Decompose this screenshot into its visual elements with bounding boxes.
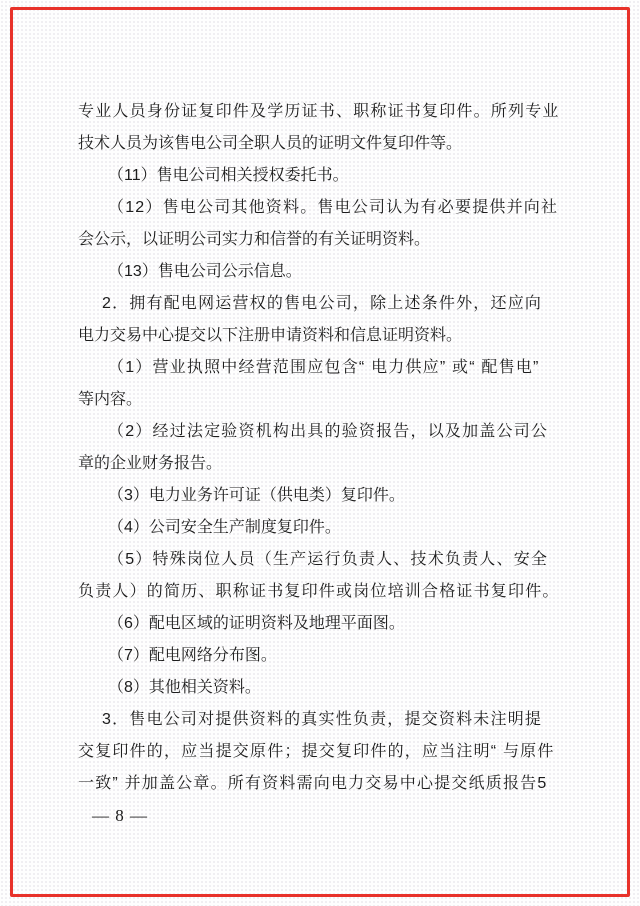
text-line: 专业人员身份证复印件及学历证书、职称证书复印件。所列专业 bbox=[78, 96, 560, 128]
text-line: 2．拥有配电网运营权的售电公司，除上述条件外，还应向 bbox=[78, 288, 560, 320]
text-line: （8）其他相关资料。 bbox=[78, 672, 560, 704]
text-line: （1）营业执照中经营范围应包含“ 电力供应” 或“ 配售电” bbox=[78, 352, 560, 384]
text-line: （4）公司安全生产制度复印件。 bbox=[78, 512, 560, 544]
text-line: （2）经过法定验资机构出具的验资报告，以及加盖公司公 bbox=[78, 416, 560, 448]
text-line: （7）配电网络分布图。 bbox=[78, 640, 560, 672]
text-line: （6）配电区域的证明资料及地理平面图。 bbox=[78, 608, 560, 640]
document-body: 专业人员身份证复印件及学历证书、职称证书复印件。所列专业技术人员为该售电公司全职… bbox=[78, 96, 560, 800]
text-line: 一致” 并加盖公章。所有资料需向电力交易中心提交纸质报告5 bbox=[78, 768, 560, 800]
text-line: 负责人）的简历、职称证书复印件或岗位培训合格证书复印件。 bbox=[78, 576, 560, 608]
text-line: 电力交易中心提交以下注册申请资料和信息证明资料。 bbox=[78, 320, 560, 352]
text-line: 等内容。 bbox=[78, 384, 560, 416]
text-line: （3）电力业务许可证（供电类）复印件。 bbox=[78, 480, 560, 512]
text-line: （13）售电公司公示信息。 bbox=[78, 256, 560, 288]
text-line: （12）售电公司其他资料。售电公司认为有必要提供并向社 bbox=[78, 192, 560, 224]
text-line: （5）特殊岗位人员（生产运行负责人、技术负责人、安全 bbox=[78, 544, 560, 576]
text-line: 技术人员为该售电公司全职人员的证明文件复印件等。 bbox=[78, 128, 560, 160]
text-line: 3．售电公司对提供资料的真实性负责，提交资料未注明提 bbox=[78, 704, 560, 736]
document-page: 专业人员身份证复印件及学历证书、职称证书复印件。所列专业技术人员为该售电公司全职… bbox=[0, 0, 640, 906]
page-number: — 8 — bbox=[92, 806, 148, 826]
text-line: 交复印件的，应当提交原件；提交复印件的，应当注明“ 与原件 bbox=[78, 736, 560, 768]
text-line: （11）售电公司相关授权委托书。 bbox=[78, 160, 560, 192]
text-line: 章的企业财务报告。 bbox=[78, 448, 560, 480]
text-line: 会公示，以证明公司实力和信誉的有关证明资料。 bbox=[78, 224, 560, 256]
